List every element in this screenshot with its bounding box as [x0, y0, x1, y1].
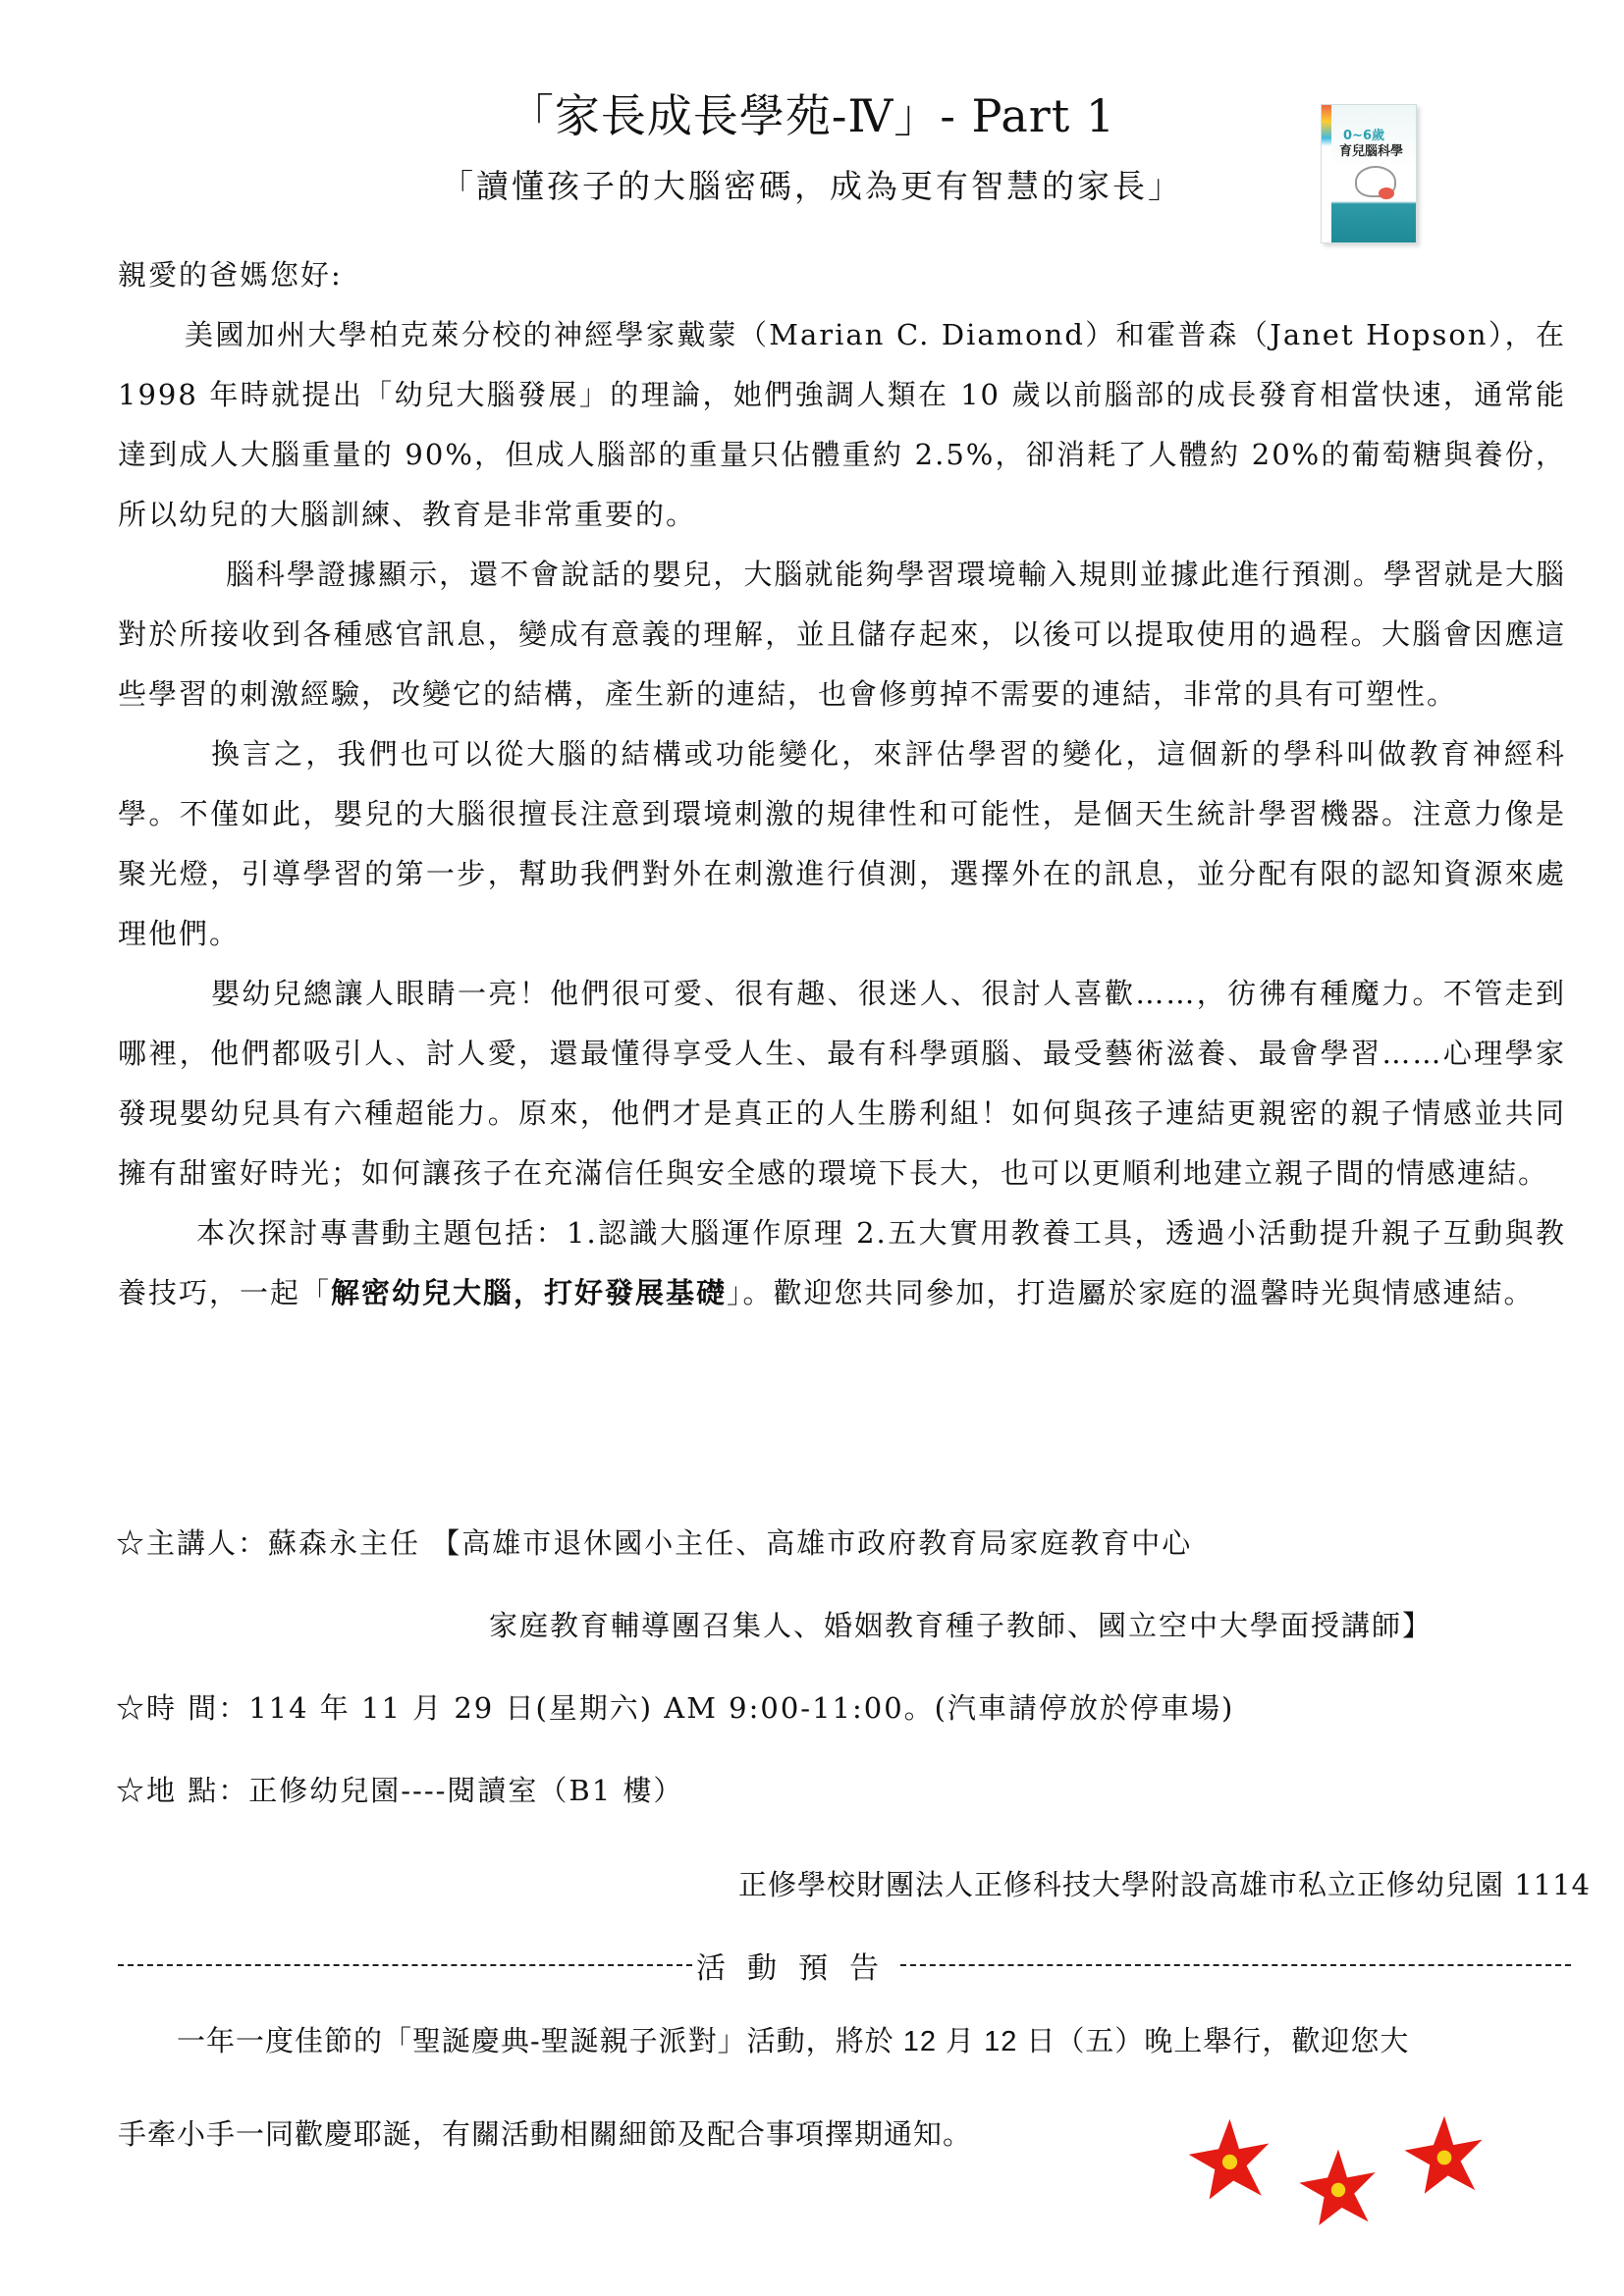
location-line: ☆地 點：正修幼兒園----閱讀室（B1 樓） [116, 1771, 683, 1810]
dashed-rule-left [118, 1964, 692, 1966]
preview-line-1: 一年一度佳節的「聖誕慶典-聖誕親子派對」活動，將於 12 月 12 日（五）晚上… [118, 2022, 1571, 2061]
book-title-line2: 育兒腦科學 [1339, 140, 1403, 159]
letter-body: 美國加州大學柏克萊分校的神經學家戴蒙（Marian C. Diamond）和霍普… [118, 305, 1566, 1323]
time-line: ☆時 間：114 年 11 月 29 日(星期六) AM 9:00-11:00。… [116, 1688, 1234, 1728]
paragraph-topics: 本次探討專書動主題包括：1.認識大腦運作原理 2.五大實用教養工具，透過小活動提… [118, 1203, 1566, 1323]
topics-text-after: 」。歡迎您共同參加，打造屬於家庭的溫馨時光與情感連結。 [727, 1276, 1535, 1309]
letter-greeting: 親愛的爸媽您好: [118, 255, 343, 294]
poinsettia-flower-icon [1294, 2146, 1382, 2234]
topics-emphasis: 解密幼兒大腦，打好發展基礎 [331, 1276, 727, 1309]
activity-preview-heading: 活動預告 [692, 1944, 900, 1987]
activity-preview-divider: 活動預告 [118, 1946, 1571, 1985]
speaker-credentials-line: 家庭教育輔導團召集人、婚姻教育種子教師、國立空中大學面授講師】 [489, 1606, 1433, 1645]
poinsettia-flower-icon [1399, 2112, 1489, 2203]
dashed-rule-right [900, 1964, 1571, 1966]
book-cover-image: 0~6歲 育兒腦科學 [1321, 104, 1417, 243]
paragraph-infant-superpowers: 嬰幼兒總讓人眼睛一亮！他們很可愛、很有趣、很迷人、很討人喜歡……，彷彿有種魔力。… [118, 964, 1566, 1203]
organization-signature: 正修學校財團法人正修科技大學附設高雄市私立正修幼兒園 1114 [738, 1865, 1591, 1904]
paragraph-brain-science: 腦科學證據顯示，還不會說話的嬰兒，大腦就能夠學習環境輸入規則並據此進行預測。學習… [118, 545, 1566, 724]
speaker-line: ☆主講人：蘇森永主任 【高雄市退休國小主任、高雄市政府教育局家庭教育中心 [116, 1523, 1192, 1563]
paragraph-educational-neuroscience: 換言之，我們也可以從大腦的結構或功能變化，來評估學習的變化，這個新的學科叫做教育… [118, 724, 1566, 964]
heart-blob-icon [1379, 187, 1394, 199]
book-spine [1322, 105, 1331, 242]
poinsettia-flower-icon [1183, 2115, 1276, 2209]
paragraph-brain-theory: 美國加州大學柏克萊分校的神經學家戴蒙（Marian C. Diamond）和霍普… [118, 305, 1566, 545]
